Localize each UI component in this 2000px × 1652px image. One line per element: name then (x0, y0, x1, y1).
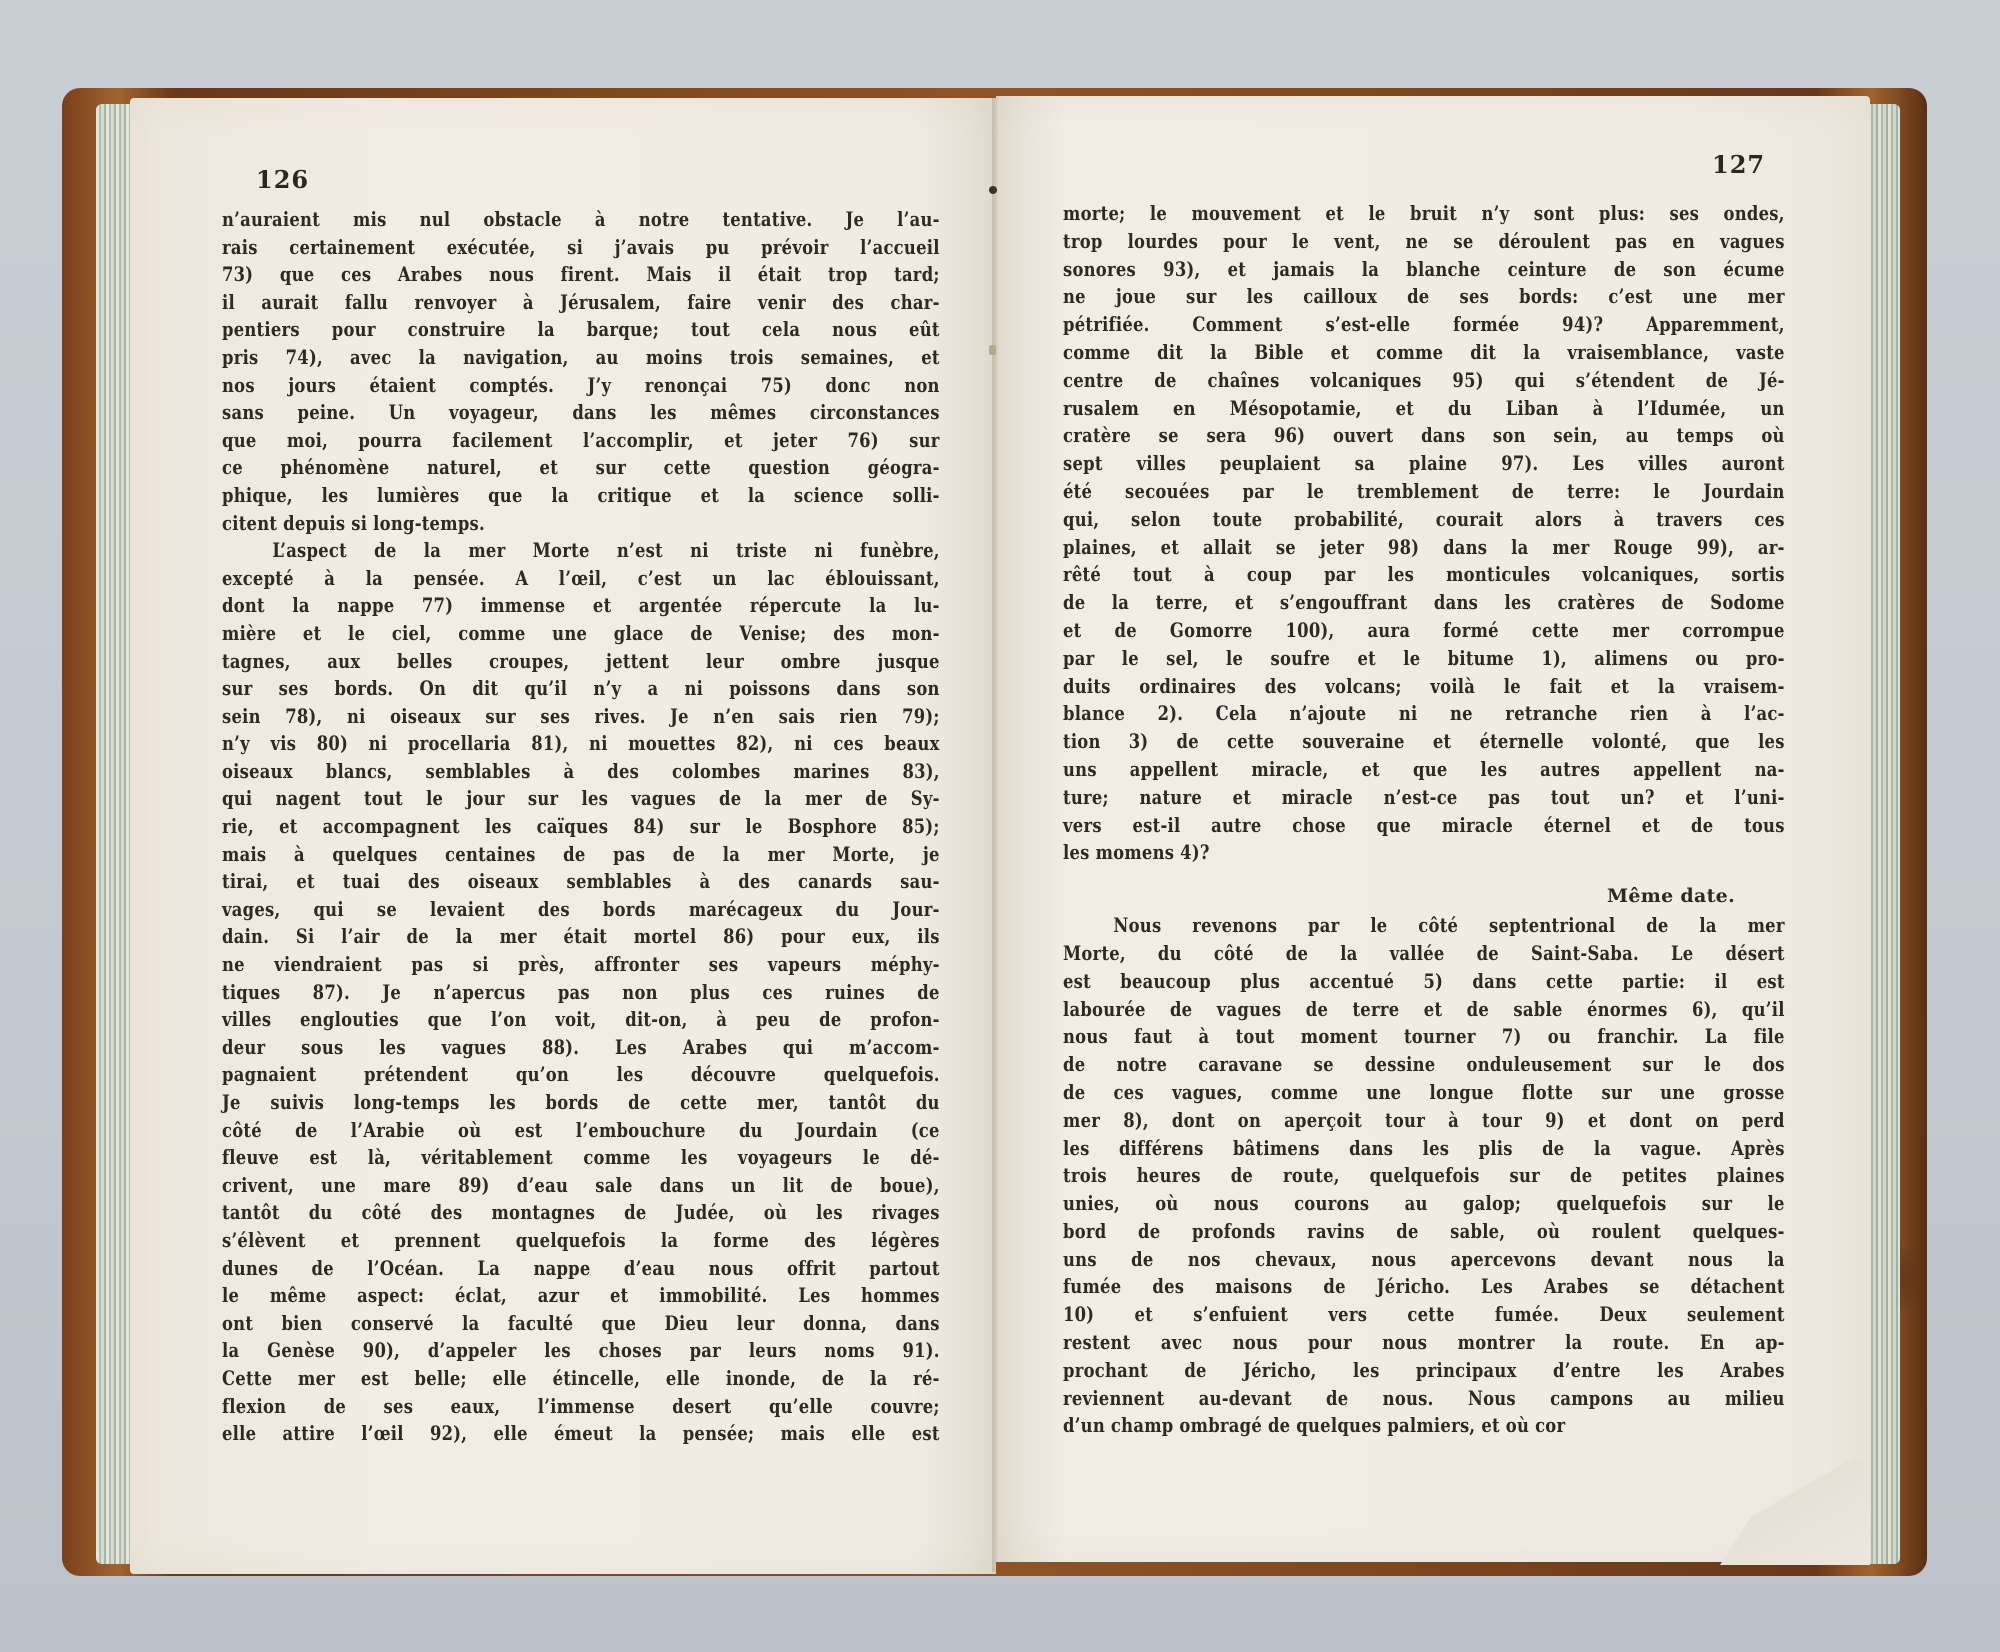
text-line: plaines, et allait se jeter 98) dans la … (1063, 534, 1785, 562)
text-line: mer 8), dont on aperçoit tour à tour 9) … (1063, 1107, 1785, 1135)
text-line: que moi, pourra facilement l’accomplir, … (222, 427, 940, 455)
text-line: prochant de Jéricho, les principaux d’en… (1063, 1357, 1785, 1385)
text-line: ne joue sur les cailloux de ses bords: c… (1063, 283, 1785, 311)
text-line: restent avec nous pour nous montrer la r… (1063, 1329, 1785, 1357)
text-line: trop lourdes pour le vent, ne se déroule… (1063, 228, 1785, 256)
text-line: s’élèvent et prennent quelquefois la for… (222, 1227, 940, 1255)
text-line: elle attire l’œil 92), elle émeut la pen… (222, 1420, 940, 1448)
text-line: deur sous les vagues 88). Les Arabes qui… (222, 1034, 940, 1062)
text-line: mière et le ciel, comme une glace de Ven… (222, 620, 940, 648)
binding-thread-mark (989, 186, 997, 194)
text-line: sept villes peuplaient sa plaine 97). Le… (1063, 450, 1785, 478)
text-line: citent depuis si long-temps. (222, 510, 940, 538)
text-line: morte; le mouvement et le bruit n’y sont… (1063, 200, 1785, 228)
text-line: cratère se sera 96) ouvert dans son sein… (1063, 422, 1785, 450)
text-line: trois heures de route, quelquefois sur d… (1063, 1162, 1785, 1190)
text-line: Cette mer est belle; elle étincelle, ell… (222, 1365, 940, 1393)
text-line: oiseaux blancs, semblables à des colombe… (222, 758, 940, 786)
text-line: ture; nature et miracle n’est-ce pas tou… (1063, 784, 1785, 812)
text-line: phique, les lumières que la critique et … (222, 482, 940, 510)
text-line: est beaucoup plus accentué 5) dans cette… (1063, 968, 1785, 996)
text-line: Je suivis long-temps les bords de cette … (222, 1089, 940, 1117)
text-line: la Genèse 90), d’appeler les choses par … (222, 1337, 940, 1365)
text-line: le même aspect: éclat, azur et immobilit… (222, 1282, 940, 1310)
text-line: les différens bâtimens dans les plis de … (1063, 1135, 1785, 1163)
text-line: 73) que ces Arabes nous firent. Mais il … (222, 261, 940, 289)
text-line: de la terre, et s’engouffrant dans les c… (1063, 589, 1785, 617)
text-line: sur ses bords. On dit qu’il n’y a ni poi… (222, 675, 940, 703)
text-line: centre de chaînes volcaniques 95) qui s’… (1063, 367, 1785, 395)
text-line: d’un champ ombragé de quelques palmiers,… (1063, 1412, 1785, 1440)
page-block-edge-right (1868, 104, 1900, 1564)
text-line: côté de l’Arabie où est l’embouchure du … (222, 1117, 940, 1145)
text-line: n’auraient mis nul obstacle à notre tent… (222, 206, 940, 234)
text-line: uns appellent miracle, et que les autres… (1063, 756, 1785, 784)
text-line: tagnes, aux belles croupes, jettent leur… (222, 648, 940, 676)
page-number-left: 126 (256, 165, 309, 194)
text-line: excepté à la pensée. A l’œil, c’est un l… (222, 565, 940, 593)
left-page-text: n’auraient mis nul obstacle à notre tent… (222, 206, 940, 1448)
text-line: uns de nos chevaux, nous apercevons deva… (1063, 1246, 1785, 1274)
text-line: sein 78), ni oiseaux sur ses rives. Je n… (222, 703, 940, 731)
text-line: dain. Si l’air de la mer était mortel 86… (222, 923, 940, 951)
text-line: labourée de vagues de terre et de sable … (1063, 996, 1785, 1024)
text-line: vages, qui se levaient des bords marécag… (222, 896, 940, 924)
text-line: nos jours étaient comptés. J’y renonçai … (222, 372, 940, 400)
paragraph-start-line: Nous revenons par le côté septentrional … (1063, 912, 1785, 940)
text-line: n’y vis 80) ni procellaria 81), ni mouet… (222, 730, 940, 758)
binding-thread-mark (989, 345, 996, 355)
text-line: et de Gomorre 100), aura formé cette mer… (1063, 617, 1785, 645)
text-line: sonores 93), et jamais la blanche ceintu… (1063, 256, 1785, 284)
text-line: pétrifiée. Comment s’est-elle formée 94)… (1063, 311, 1785, 339)
text-line: vers est-il autre chose que miracle éter… (1063, 812, 1785, 840)
text-line: tion 3) de cette souveraine et éternelle… (1063, 728, 1785, 756)
text-line: rusalem en Mésopotamie, et du Liban à l’… (1063, 395, 1785, 423)
text-line: villes englouties que l’on voit, dit-on,… (222, 1006, 940, 1034)
book-gutter (992, 96, 998, 1572)
text-line: pagnaient prétendent qu’on les découvre … (222, 1061, 940, 1089)
text-line: sans peine. Un voyageur, dans les mêmes … (222, 399, 940, 427)
text-line: tirai, et tuai des oiseaux semblables à … (222, 868, 940, 896)
text-line: fumée des maisons de Jéricho. Les Arabes… (1063, 1273, 1785, 1301)
text-line: comme dit la Bible et comme dit la vrais… (1063, 339, 1785, 367)
text-line: été secouées par le tremblement de terre… (1063, 478, 1785, 506)
text-line: il aurait fallu renvoyer à Jérusalem, fa… (222, 289, 940, 317)
text-line: unies, où nous courons au galop; quelque… (1063, 1190, 1785, 1218)
text-line: tantôt du côté des montagnes de Judée, o… (222, 1199, 940, 1227)
text-line: fleuve est là, véritablement comme les v… (222, 1144, 940, 1172)
text-line: dunes de l’Océan. La nappe d’eau nous of… (222, 1255, 940, 1283)
text-line: flexion de ses eaux, l’immense desert qu… (222, 1393, 940, 1421)
text-line: crivent, une mare 89) d’eau sale dans un… (222, 1172, 940, 1200)
text-line: ont bien conservé la faculté que Dieu le… (222, 1310, 940, 1338)
text-line: par le sel, le soufre et le bitume 1), a… (1063, 645, 1785, 673)
text-line: les momens 4)? (1063, 839, 1785, 867)
text-line: blance 2). Cela n’ajoute ni ne retranche… (1063, 700, 1785, 728)
text-line: mais à quelques centaines de pas de la m… (222, 841, 940, 869)
text-line: pentiers pour construire la barque; tout… (222, 316, 940, 344)
text-line: rêté tout à coup par les monticules volc… (1063, 561, 1785, 589)
text-line: rais certainement exécutée, si j’avais p… (222, 234, 940, 262)
text-line: duits ordinaires des volcans; voilà le f… (1063, 673, 1785, 701)
section-heading-date: Même date. (1063, 881, 1785, 912)
text-line: ne viendraient pas si près, affronter se… (222, 951, 940, 979)
right-page-text: morte; le mouvement et le bruit n’y sont… (1063, 200, 1785, 1440)
text-line: de ces vagues, comme une longue flotte s… (1063, 1079, 1785, 1107)
text-line: tiques 87). Je n’apercus pas non plus ce… (222, 979, 940, 1007)
text-line: ce phénomène naturel, et sur cette quest… (222, 454, 940, 482)
text-line: rie, et accompagnent les caïques 84) sur… (222, 813, 940, 841)
text-line: qui nagent tout le jour sur les vagues d… (222, 785, 940, 813)
page-number-right: 127 (1712, 150, 1765, 179)
text-line: reviennent au-devant de nous. Nous campo… (1063, 1385, 1785, 1413)
text-line: bord de profonds ravins de sable, où rou… (1063, 1218, 1785, 1246)
text-line: Morte, du côté de la vallée de Saint-Sab… (1063, 940, 1785, 968)
text-line: pris 74), avec la navigation, au moins t… (222, 344, 940, 372)
paragraph-start-line: L’aspect de la mer Morte n’est ni triste… (222, 537, 940, 565)
text-line: nous faut à tout moment tourner 7) ou fr… (1063, 1023, 1785, 1051)
text-line: qui, selon toute probabilité, courait al… (1063, 506, 1785, 534)
text-line: 10) et s’enfuient vers cette fumée. Deux… (1063, 1301, 1785, 1329)
text-line: de notre caravane se dessine onduleuseme… (1063, 1051, 1785, 1079)
text-line: dont la nappe 77) immense et argentée ré… (222, 592, 940, 620)
